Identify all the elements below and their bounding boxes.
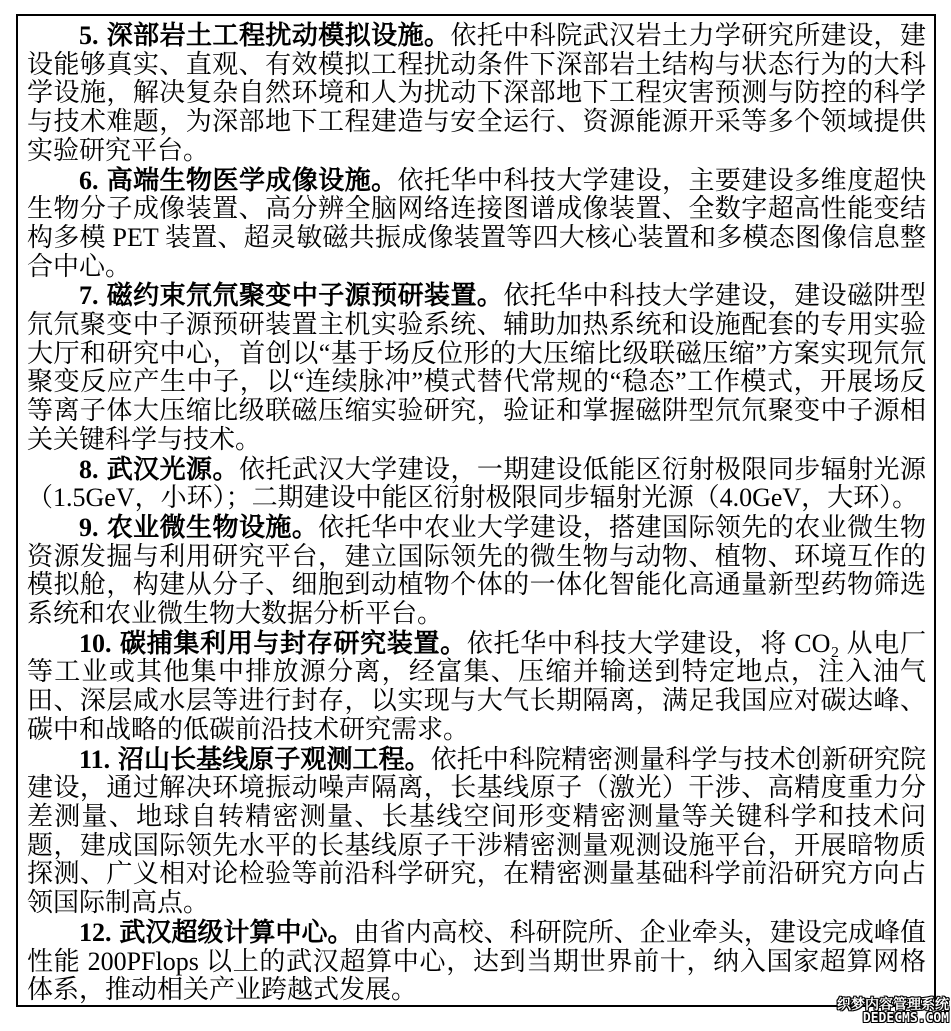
- item-heading: 11.沼山长基线原子观测工程。: [79, 744, 431, 774]
- item-heading: 12.武汉超级计算中心。: [79, 917, 354, 947]
- item-number: 9.: [79, 513, 99, 542]
- facility-item-7: 7.磁约束氘氘聚变中子源预研装置。依托华中科技大学建设，建设磁阱型氘氘聚变中子源…: [27, 281, 926, 454]
- item-heading: 8.武汉光源。: [79, 454, 239, 484]
- document-page: 5.深部岩土工程扰动模拟设施。依托中科院武汉岩土力学研究所建设，建设能够真实、直…: [0, 0, 951, 1031]
- item-number: 6.: [79, 166, 99, 195]
- item-heading: 9.农业微生物设施。: [79, 512, 318, 542]
- item-number: 7.: [79, 281, 99, 310]
- item-heading: 5.深部岩土工程扰动模拟设施。: [79, 20, 450, 50]
- facility-item-8: 8.武汉光源。依托武汉大学建设，一期建设低能区衍射极限同步辐射光源（1.5GeV…: [27, 455, 926, 513]
- item-title: 武汉超级计算中心。: [119, 917, 353, 947]
- item-title: 磁约束氘氘聚变中子源预研装置。: [106, 280, 503, 310]
- item-heading: 7.磁约束氘氘聚变中子源预研装置。: [79, 280, 503, 310]
- item-number: 8.: [79, 455, 99, 484]
- item-number: 11.: [79, 745, 110, 774]
- item-number: 10.: [79, 629, 112, 658]
- watermark-cn-text: 织梦内容管理系统: [837, 997, 949, 1011]
- facility-item-9: 9.农业微生物设施。依托华中农业大学建设，搭建国际领先的农业微生物资源发掘与利用…: [27, 513, 926, 629]
- item-number: 5.: [79, 21, 99, 50]
- item-heading: 10.碳捕集利用与封存研究装置。: [79, 628, 467, 658]
- facility-item-5: 5.深部岩土工程扰动模拟设施。依托中科院武汉岩土力学研究所建设，建设能够真实、直…: [27, 21, 926, 166]
- item-number: 12.: [79, 918, 112, 947]
- watermark: 织梦内容管理系统 DEDECMS.COM: [837, 997, 949, 1025]
- facility-item-12: 12.武汉超级计算中心。由省内高校、科研院所、企业牵头，建设完成峰值性能 200…: [27, 918, 926, 1005]
- item-title: 武汉光源。: [106, 454, 239, 484]
- item-title: 深部岩土工程扰动模拟设施。: [106, 20, 450, 50]
- facility-item-10: 10.碳捕集利用与封存研究装置。依托华中科技大学建设，将 CO₂ 从电厂等工业或…: [27, 629, 926, 745]
- item-title: 沼山长基线原子观测工程。: [118, 744, 431, 774]
- item-heading: 6.高端生物医学成像设施。: [79, 165, 398, 195]
- item-title: 高端生物医学成像设施。: [106, 165, 397, 195]
- watermark-domain-text: DEDECMS.COM: [837, 1012, 949, 1025]
- item-title: 碳捕集利用与封存研究装置。: [119, 628, 467, 658]
- item-title: 农业微生物设施。: [106, 512, 318, 542]
- facility-item-11: 11.沼山长基线原子观测工程。依托中科院精密测量科学与技术创新研究院建设，通过解…: [27, 745, 926, 918]
- facility-item-6: 6.高端生物医学成像设施。依托华中科技大学建设，主要建设多维度超快生物分子成像装…: [27, 166, 926, 282]
- page-border: 5.深部岩土工程扰动模拟设施。依托中科院武汉岩土力学研究所建设，建设能够真实、直…: [16, 14, 936, 1007]
